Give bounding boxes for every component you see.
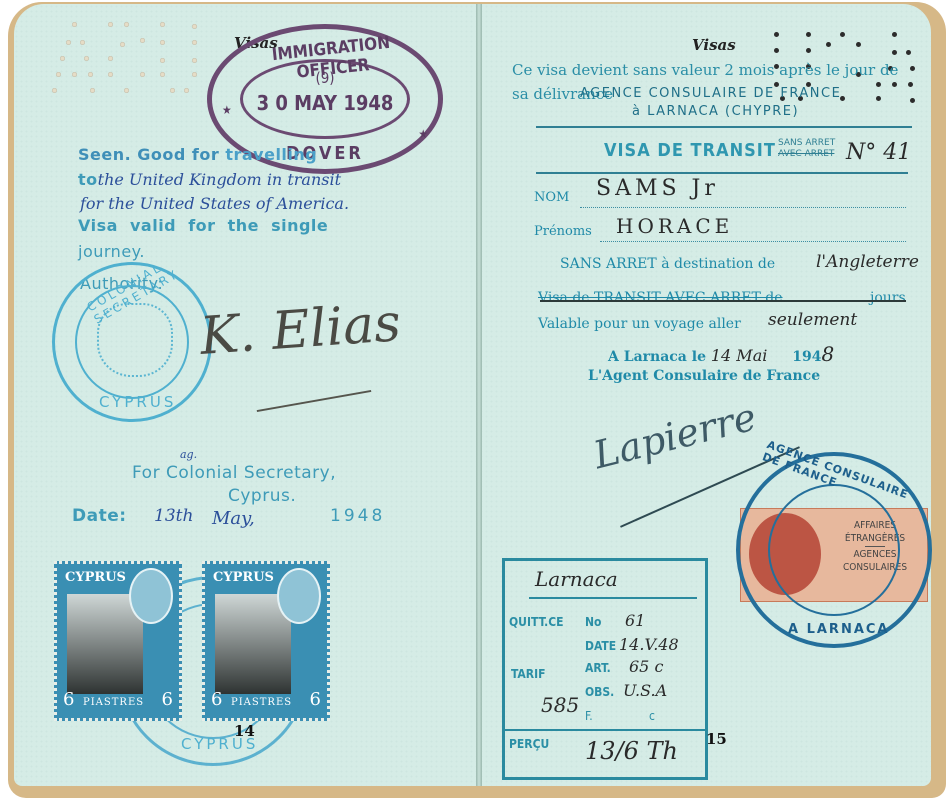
divider [536,126,912,128]
visas-header-right: Visas [692,36,736,54]
consular-agency-seal: AGENCE CONSULAIRE DE FRANCE A LARNACA [736,452,932,648]
colonial-secretary-seal: COLONIAL SECRETARY CYPRUS [52,262,212,422]
consular-fee-stamp: Larnaca QUITT.CE TARIF No 61 DATE 14.V.4… [502,558,708,780]
page-number-right: 15 [706,730,727,748]
agency-name: AGENCE CONSULAIRE DE FRANCE [580,86,841,101]
visa-title: VISA DE TRANSIT [604,140,776,161]
visa-line-5: journey. [78,242,145,261]
visa-line-1: Seen. Good for travelling [78,145,317,164]
visa-line-4: Visa valid for the single [78,216,328,235]
ag-prefix: ag. [180,448,197,461]
visa-line-2: tothe United Kingdom in transit [78,170,341,189]
king-portrait-icon [129,568,173,624]
prenoms-label: Prénoms [534,224,592,239]
voyage-value: seulement [768,310,857,330]
visa-number: N° 41 [846,140,911,165]
postage-stamp-2: CYPRUS 6 6 PIASTRES [202,561,330,721]
postage-stamp-1: CYPRUS 6 6 PIASTRES [54,561,182,721]
prenoms-value: HORACE [616,214,733,238]
king-portrait-icon [277,568,321,624]
avec-arret-struck-line: Visa de TRANSIT AVEC ARRET de [538,290,783,306]
star-icon: ★ [418,127,428,141]
nom-line [580,207,906,208]
valable-line: Valable pour un voyage aller [538,316,741,332]
issue-date: Date: 13th May, 1948 [72,506,412,526]
signatory-line-2: Cyprus. [228,486,296,506]
place-date-line: A Larnaca le 14 Mai 1948 [608,342,834,366]
agent-title: L'Agent Consulaire de France [588,368,820,384]
sans-arret-line: SANS ARRET à destination de [560,256,775,272]
nom-value: SAMS Jr [596,176,719,201]
fee-place: Larnaca [535,567,618,591]
seal-bottom-text: CYPRUS [99,393,176,411]
divider [536,172,908,174]
visa-type-options: SANS ARRET AVEC ARRET [778,138,835,160]
stamp-date: 3 0 MAY 1948 [212,91,438,115]
stamp-number: (9) [212,69,438,87]
signatory-line-1: For Colonial Secretary, [132,463,336,483]
destination-value: l'Angleterre [816,252,919,272]
agency-location: à LARNACA (CHYPRE) [632,104,799,119]
page-gutter [476,4,482,786]
star-icon: ★ [222,103,232,117]
jours-label: jours [870,290,906,306]
nom-label: NOM [534,190,569,205]
visa-line-3-handwritten: for the United States of America. [80,194,349,213]
prenoms-line [600,241,906,242]
strike-line [540,300,906,302]
page-number-left: 14 [234,722,255,740]
